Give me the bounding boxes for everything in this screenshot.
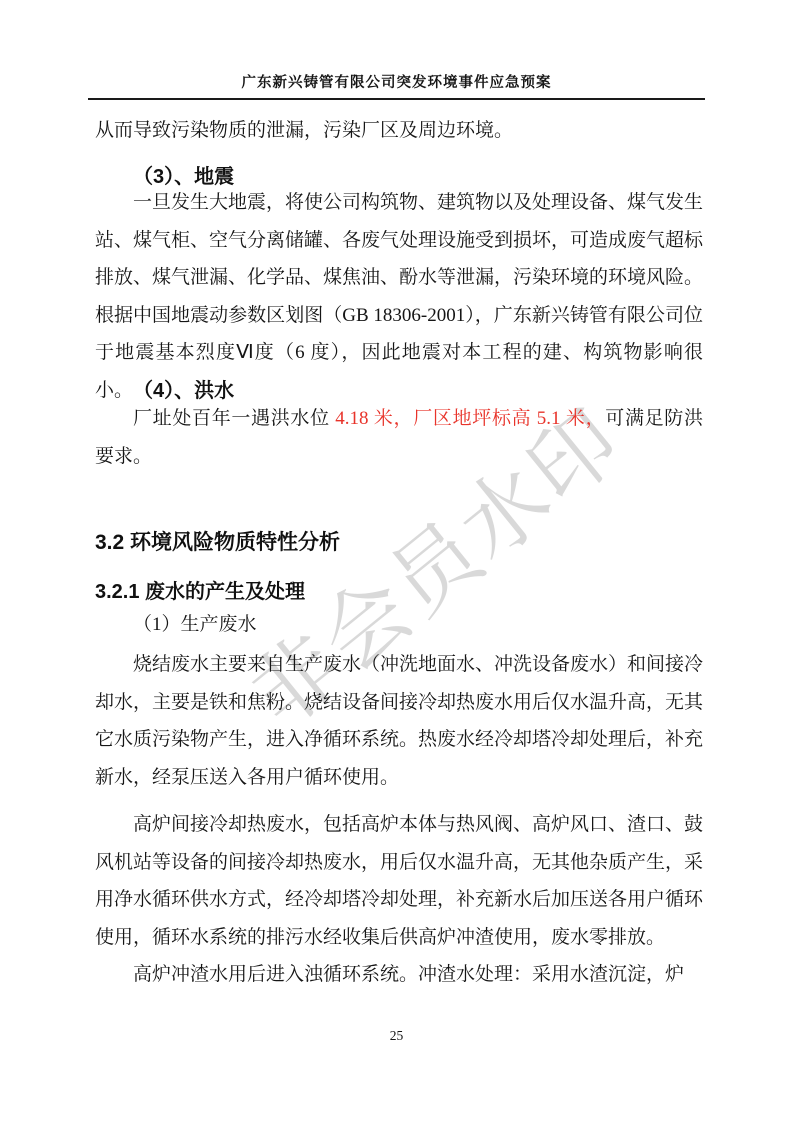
- flood-text-before-highlight: 厂址处百年一遇洪水位: [133, 408, 335, 429]
- header-divider: [88, 98, 705, 100]
- document-page: 非会员水印 广东新兴铸管有限公司突发环境事件应急预案 从而导致污染物质的泄漏，污…: [0, 0, 793, 1122]
- page-number: 25: [0, 1028, 793, 1044]
- paragraph-sinter-wastewater: 烧结废水主要来自生产废水（冲洗地面水、冲洗设备废水）和间接冷却水，主要是铁和焦粉…: [95, 646, 703, 796]
- paragraph-slag-flushing-water: 高炉冲渣水用后进入浊循环系统。冲渣水处理：采用水渣沉淀，炉: [95, 956, 703, 994]
- paragraph-blast-furnace-cooling-water: 高炉间接冷却热废水，包括高炉本体与热风阀、高炉风口、渣口、鼓风机站等设备的间接冷…: [95, 806, 703, 956]
- paragraph-flood: 厂址处百年一遇洪水位 4.18 米，厂区地坪标高 5.1 米，可满足防洪要求。: [95, 400, 703, 475]
- heading-section-3-2-1: 3.2.1 废水的产生及处理: [95, 575, 305, 604]
- flood-highlighted-values: 4.18 米，厂区地坪标高 5.1 米，: [335, 408, 605, 429]
- heading-section-3-2: 3.2 环境风险物质特性分析: [95, 526, 340, 556]
- subheading-production-wastewater: （1）生产废水: [133, 612, 703, 638]
- paragraph-intro: 从而导致污染物质的泄漏，污染厂区及周边环境。: [95, 112, 703, 150]
- header-title: 广东新兴铸管有限公司突发环境事件应急预案: [0, 71, 793, 92]
- heading-flood: （4）、洪水: [133, 374, 234, 403]
